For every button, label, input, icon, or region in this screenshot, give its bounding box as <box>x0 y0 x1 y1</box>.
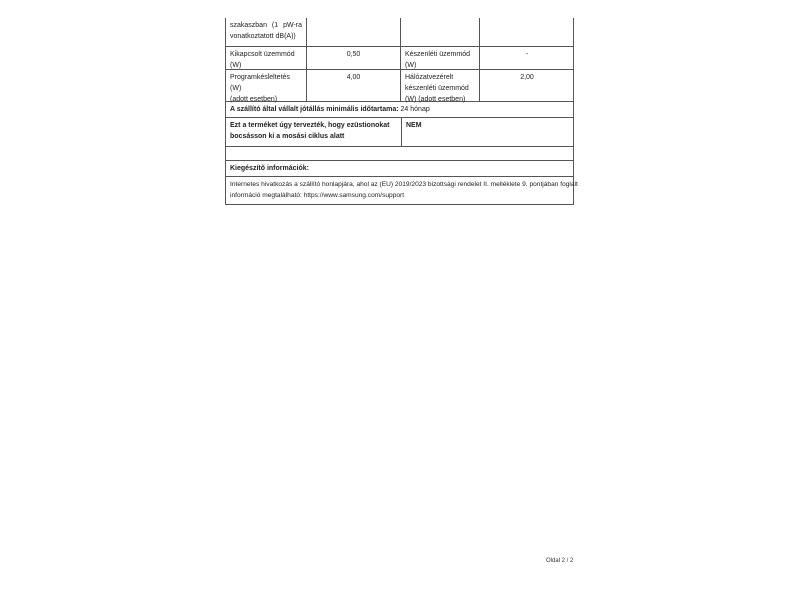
delay-start-label: Programkésleltetés (W) (adott esetben) <box>226 70 306 101</box>
networked-standby-label: Hálózatvezérelt készenléti üzemmód (W) (… <box>400 70 479 101</box>
table-row: szakaszban (1 pW-ra vonatkoztatott dB(A)… <box>225 18 574 47</box>
row-label-2 <box>400 18 479 46</box>
label-line: Kikapcsolt üzemmód <box>230 49 302 60</box>
row-label: szakaszban (1 pW-ra vonatkoztatott dB(A)… <box>226 18 306 46</box>
info-line: Internetes hivatkozás a szállító honlapj… <box>230 179 569 190</box>
additional-info-heading-row: Kiegészítő információk: <box>225 161 574 177</box>
empty-row <box>225 147 574 161</box>
silver-ions-answer: NEM <box>401 118 573 146</box>
page-number: Oldal 2 / 2 <box>546 558 573 564</box>
warranty-label: A szállító által vállalt jótállás minimá… <box>230 106 399 113</box>
info-line: információ megtalálható: https://www.sam… <box>230 190 569 201</box>
additional-info-text: Internetes hivatkozás a szállító honlapj… <box>226 177 573 204</box>
additional-info-row: Internetes hivatkozás a szállító honlapj… <box>225 177 574 205</box>
product-info-table: szakaszban (1 pW-ra vonatkoztatott dB(A)… <box>225 18 574 205</box>
label-line: Készenléti üzemmód <box>405 49 475 60</box>
warranty-text: A szállító által vállalt jótállás minimá… <box>226 102 573 117</box>
off-mode-value: 0,50 <box>306 47 400 69</box>
networked-standby-value: 2,00 <box>479 70 574 101</box>
label-line: készenléti üzemmód <box>405 83 475 94</box>
silver-ions-row: Ezt a terméket úgy tervezték, hogy ezüst… <box>225 118 574 147</box>
question-line: Ezt a terméket úgy tervezték, hogy ezüst… <box>230 120 397 131</box>
label-line: Hálózatvezérelt <box>405 72 475 83</box>
row-value-2 <box>479 18 574 46</box>
additional-info-heading: Kiegészítő információk: <box>226 161 573 176</box>
question-line: bocsásson ki a mosási ciklus alatt <box>230 131 397 142</box>
label-line: szakaszban (1 pW-ra <box>230 20 302 31</box>
label-line: vonatkoztatott dB(A)) <box>230 31 302 42</box>
table-row: Kikapcsolt üzemmód (W) 0,50 Készenléti ü… <box>225 47 574 70</box>
warranty-row: A szállító által vállalt jótállás minimá… <box>225 102 574 118</box>
warranty-value: 24 hónap <box>401 106 430 113</box>
label-line: Programkésleltetés (W) <box>230 72 302 94</box>
empty-cell <box>226 147 573 160</box>
row-value <box>306 18 400 46</box>
standby-mode-label: Készenléti üzemmód (W) <box>400 47 479 69</box>
standby-mode-value: - <box>479 47 574 69</box>
table-row: Programkésleltetés (W) (adott esetben) 4… <box>225 70 574 102</box>
document-page: szakaszban (1 pW-ra vonatkoztatott dB(A)… <box>0 0 800 600</box>
off-mode-label: Kikapcsolt üzemmód (W) <box>226 47 306 69</box>
silver-ions-question: Ezt a terméket úgy tervezték, hogy ezüst… <box>226 118 401 146</box>
delay-start-value: 4,00 <box>306 70 400 101</box>
